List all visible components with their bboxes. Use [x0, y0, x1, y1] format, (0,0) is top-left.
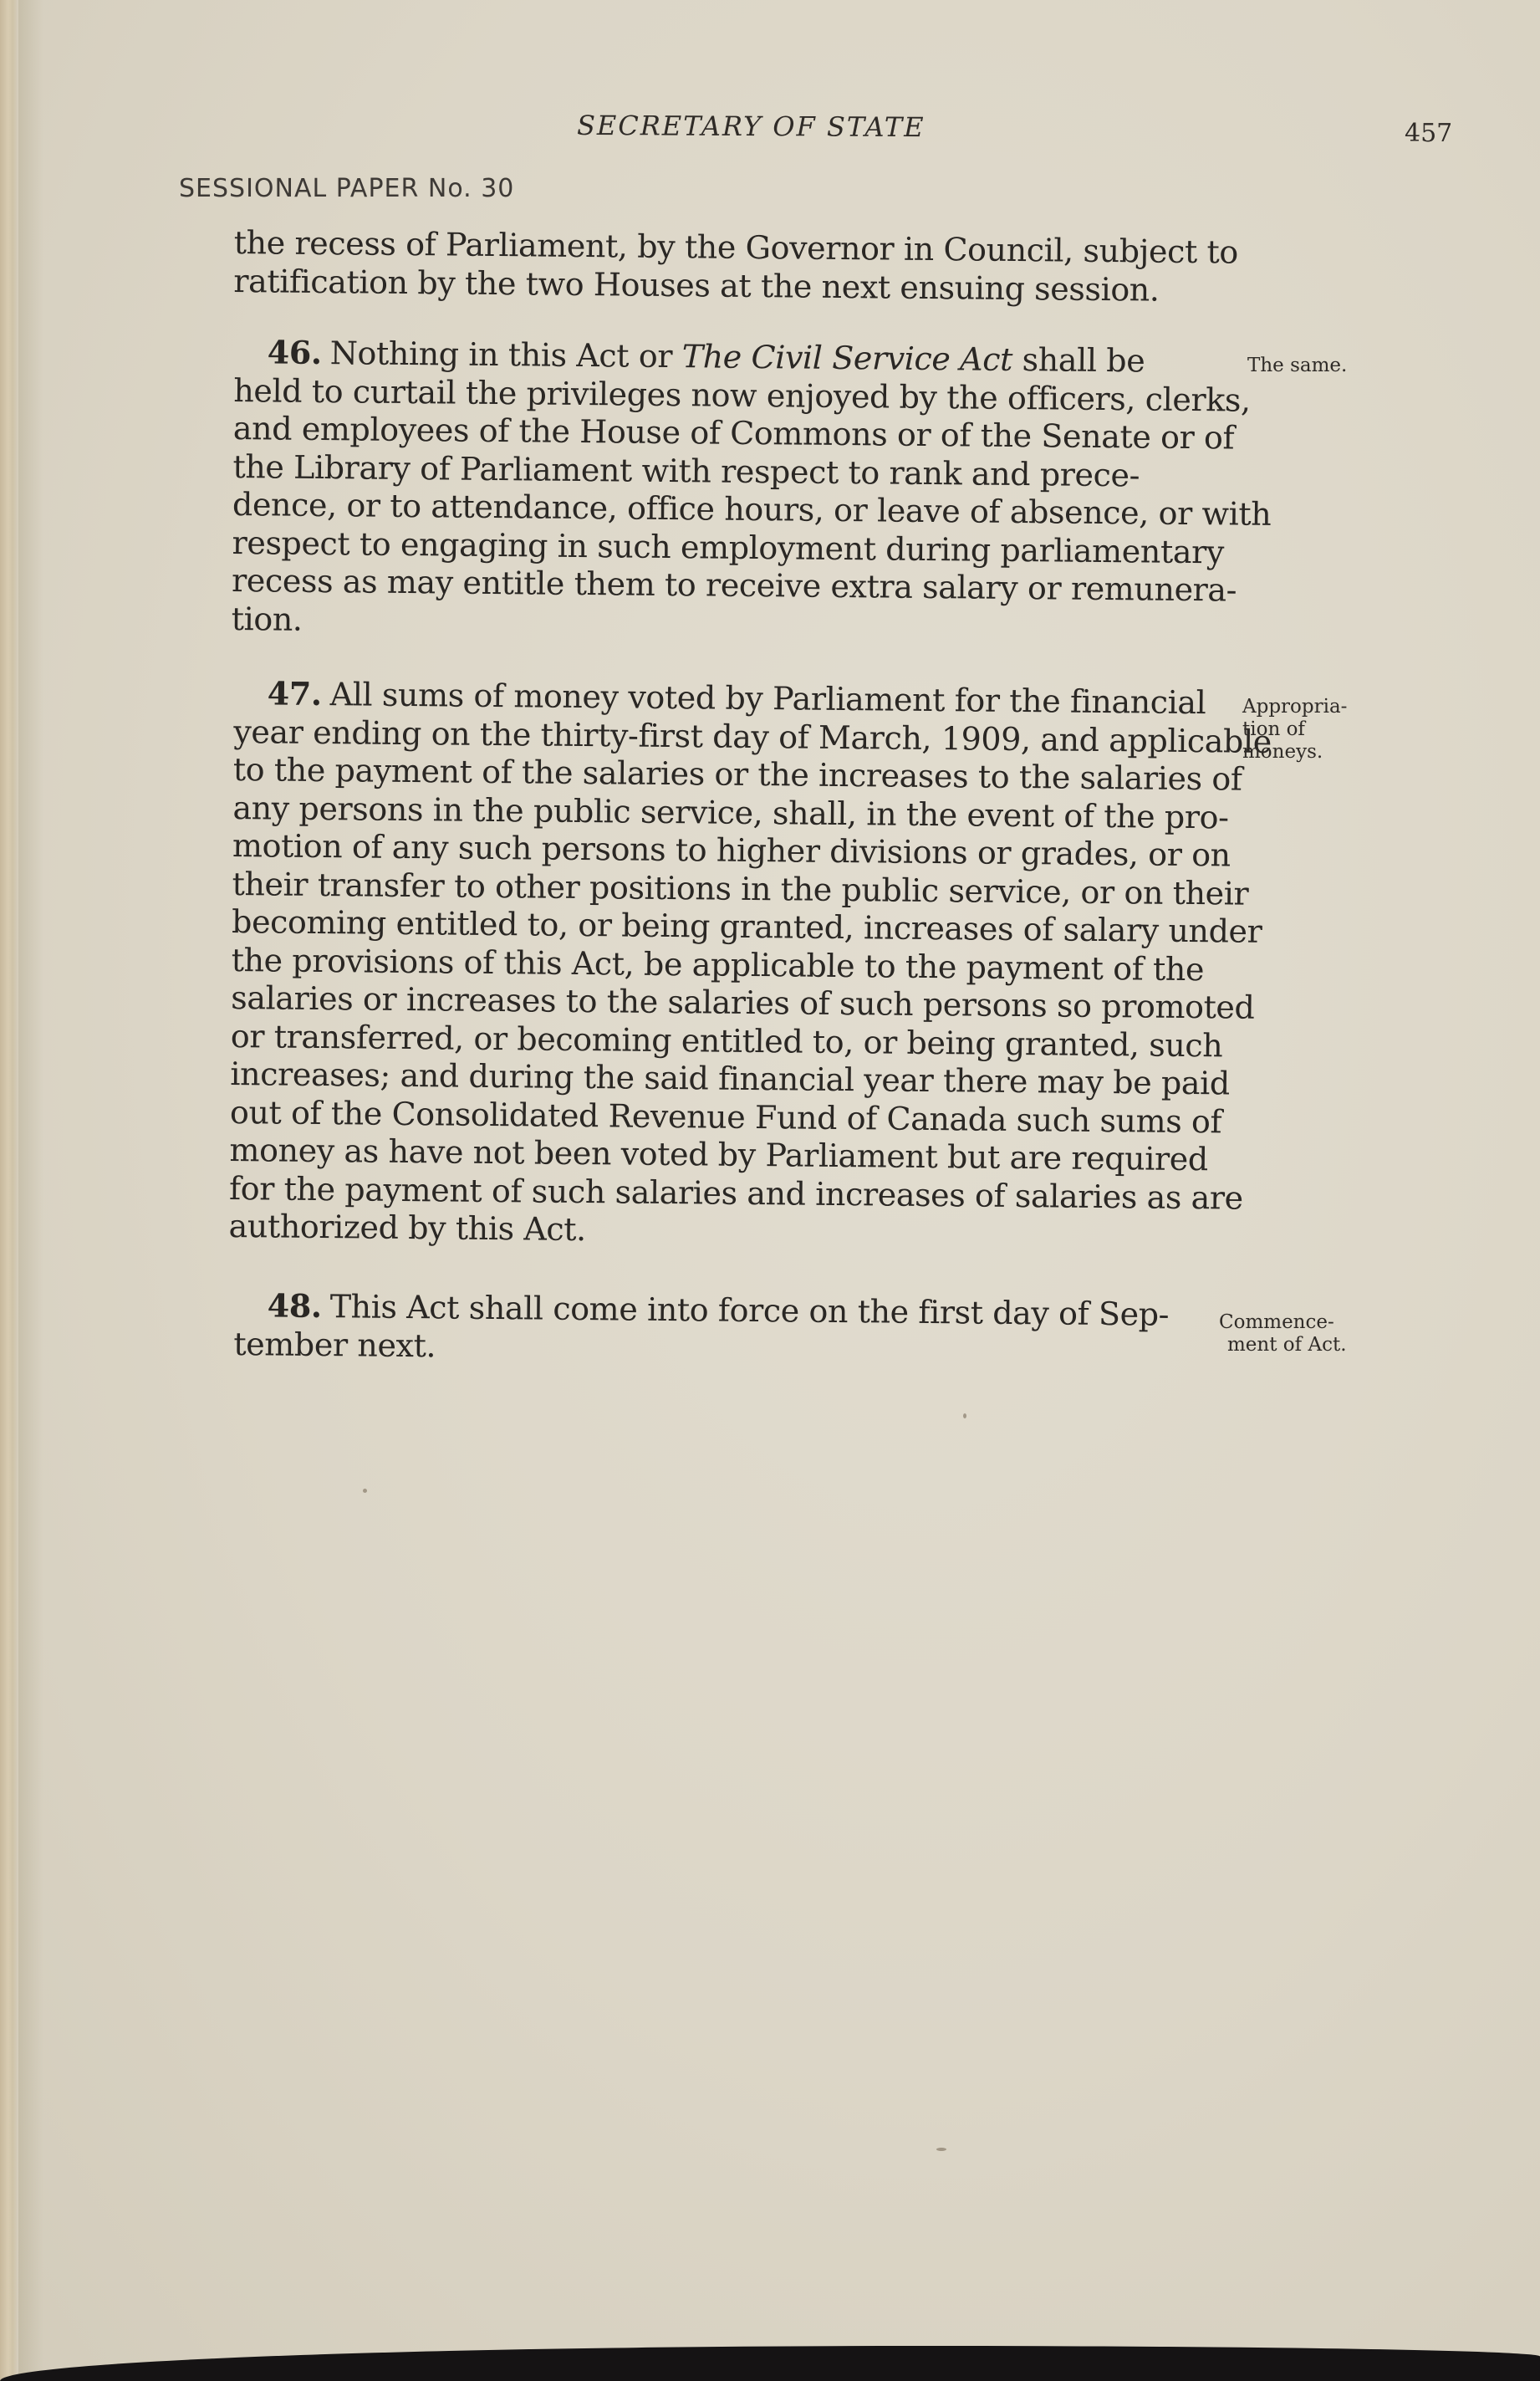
text-run: All sums of money voted by Parliament fo…: [329, 676, 1206, 721]
side-note-46: The same.: [1247, 355, 1347, 377]
scanned-page: SECRETARY OF STATE 457 SESSIONAL PAPER N…: [0, 0, 1540, 2381]
continuation-paragraph: the recess of Parliament, by the Governo…: [233, 224, 1237, 310]
sessional-paper-label: SESSIONAL PAPER No. 30: [179, 174, 514, 203]
side-note-47: Appropria- tion of moneys.: [1242, 696, 1347, 764]
section-47: 47.All sums of money voted by Parliament…: [228, 674, 1237, 1255]
paper-speck: [936, 2148, 946, 2151]
text-run: Nothing in this Act or: [329, 335, 681, 375]
side-note-line: ment of Act.: [1219, 1334, 1347, 1357]
running-title: SECRETARY OF STATE: [577, 110, 926, 143]
act-title: The Civil Service Act: [682, 338, 1013, 378]
section-48: 48.This Act shall come into force on the…: [233, 1286, 1237, 1373]
side-note-line: moneys.: [1242, 741, 1347, 764]
side-note-48: Commence- ment of Act.: [1219, 1311, 1347, 1357]
side-note-line: The same.: [1247, 355, 1347, 377]
section-number: 47.: [268, 674, 322, 713]
section-number: 46.: [268, 333, 322, 371]
text-run: shall be: [1012, 341, 1145, 380]
side-note-line: tion of: [1242, 718, 1347, 741]
section-number: 48.: [268, 1286, 322, 1325]
section-46: 46.Nothing in this Act or The Civil Serv…: [231, 333, 1237, 648]
page-number: 457: [1405, 119, 1452, 148]
side-note-line: Appropria-: [1242, 696, 1347, 718]
text-run: This Act shall come into force on the fi…: [329, 1288, 1169, 1333]
paper-speck: [963, 1413, 966, 1418]
book-gutter: [0, 0, 18, 2381]
side-note-line: Commence-: [1219, 1311, 1347, 1334]
paper-speck: [363, 1489, 367, 1493]
gutter-shadow: [18, 0, 43, 2381]
page-bottom-shadow: [0, 2346, 1540, 2381]
